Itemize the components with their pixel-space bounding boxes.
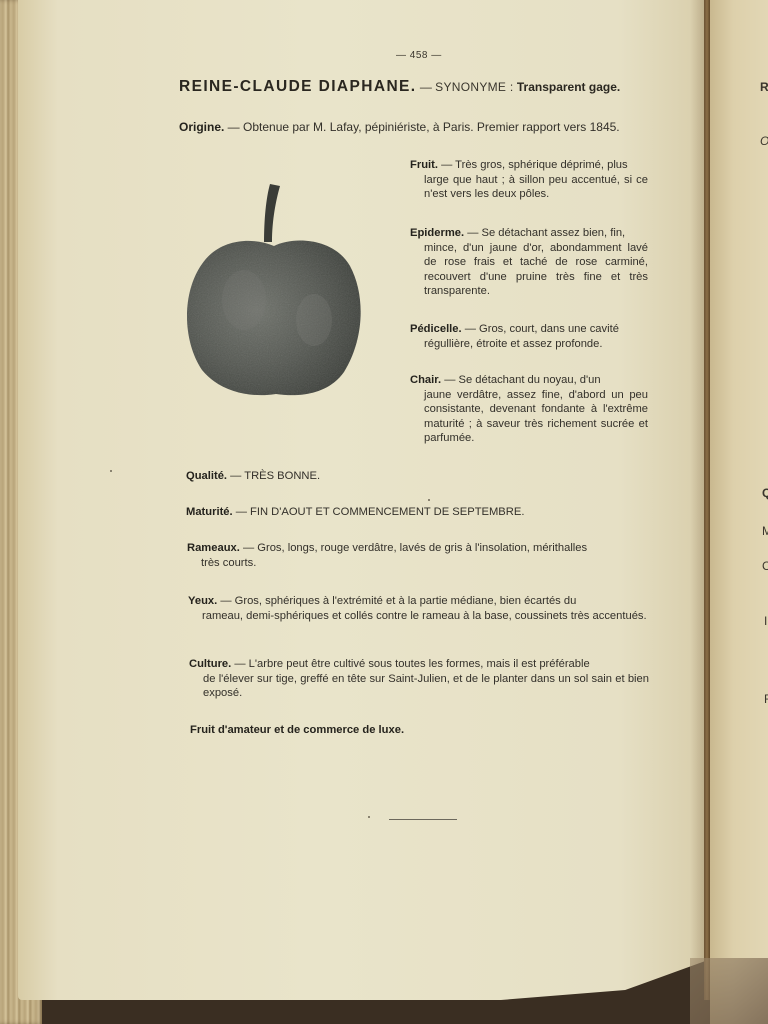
variety-name: REINE-CLAUDE DIAPHANE.	[179, 78, 416, 95]
right-page-fragment: I	[764, 614, 767, 628]
yeux-paragraph: Yeux. — Gros, sphériques à l'extrémité e…	[188, 594, 648, 623]
heading-dash: —	[416, 80, 435, 94]
yeux-text-line1: — Gros, sphériques à l'extrémité et à la…	[217, 595, 576, 607]
right-page-fragment: O	[760, 134, 768, 148]
origine-paragraph: Origine. — Obtenue par M. Lafay, pépinié…	[179, 120, 620, 135]
right-page-fragment: M	[762, 524, 768, 538]
pedicelle-paragraph: Pédicelle. — Gros, court, dans une cavit…	[410, 322, 648, 351]
right-page-fragment: C	[762, 559, 768, 573]
origine-text: — Obtenue par M. Lafay, pépiniériste, à …	[224, 120, 619, 134]
pedicelle-text-rest: régullière, étroite et assez profonde.	[410, 337, 648, 352]
book-page-right: R O Q M C I F	[710, 0, 768, 1024]
fruit-label: Fruit.	[410, 159, 438, 171]
paper-speck	[368, 816, 370, 818]
rameaux-label: Rameaux.	[187, 542, 240, 554]
chair-label: Chair.	[410, 374, 441, 386]
epiderme-text-line1: — Se détachant assez bien, fin,	[464, 227, 625, 239]
chair-text-line1: — Se détachant du noyau, d'un	[441, 374, 601, 386]
qualite-paragraph: Qualité. — TRÈS BONNE.	[186, 469, 646, 484]
paper-speck	[428, 499, 430, 501]
fruit-paragraph: Fruit. — Très gros, sphérique déprimé, p…	[410, 158, 648, 202]
page-number: — 458 —	[396, 50, 442, 61]
maturite-paragraph: Maturité. — FIN D'AOUT ET COMMENCEMENT D…	[186, 505, 646, 520]
plum-illustration	[184, 180, 364, 400]
paper-speck	[110, 470, 112, 472]
plum-drawing-icon	[184, 180, 364, 400]
yeux-label: Yeux.	[188, 595, 217, 607]
culture-label: Culture.	[189, 658, 231, 670]
fruit-text-rest: large que haut ; à sillon peu accentué, …	[410, 173, 648, 202]
maturite-label: Maturité.	[186, 506, 233, 518]
end-separator-rule	[389, 819, 457, 820]
chair-paragraph: Chair. — Se détachant du noyau, d'un jau…	[410, 373, 648, 446]
photo-corner-artifact	[690, 958, 768, 1024]
entry-heading: REINE-CLAUDE DIAPHANE. — SYNONYME : Tran…	[179, 78, 620, 96]
epiderme-paragraph: Epiderme. — Se détachant assez bien, fin…	[410, 226, 648, 299]
culture-text-line1: — L'arbre peut être cultivé sous toutes …	[231, 658, 589, 670]
right-page-fragment: Q	[762, 486, 768, 500]
chair-text-rest: jaune verdâtre, assez fine, d'abord un p…	[410, 388, 648, 446]
pedicelle-text-line1: — Gros, court, dans une cavité	[462, 323, 619, 335]
fruit-text-line1: — Très gros, sphérique déprimé, plus	[438, 159, 628, 171]
yeux-text-rest: rameau, demi-sphériques et collés contre…	[188, 609, 648, 624]
epiderme-text-rest: mince, d'un jaune d'or, abondamment lavé…	[410, 241, 648, 299]
rameaux-paragraph: Rameaux. — Gros, longs, rouge verdâtre, …	[187, 541, 647, 570]
synonym-label: SYNONYME :	[435, 80, 513, 94]
synonym-value: Transparent gage.	[514, 80, 621, 94]
closing-paragraph: Fruit d'amateur et de commerce de luxe.	[190, 723, 650, 738]
closing-text: Fruit d'amateur et de commerce de luxe.	[190, 724, 404, 736]
epiderme-label: Epiderme.	[410, 227, 464, 239]
right-page-fragment: R	[760, 80, 768, 94]
maturite-text: — FIN D'AOUT ET COMMENCEMENT DE SEPTEMBR…	[233, 506, 525, 518]
right-page-fragment: F	[764, 692, 768, 706]
rameaux-text-rest: très courts.	[187, 556, 647, 571]
qualite-text: — TRÈS BONNE.	[227, 470, 320, 482]
culture-paragraph: Culture. — L'arbre peut être cultivé sou…	[189, 657, 649, 701]
book-page-left	[18, 0, 708, 1000]
culture-text-rest: de l'élever sur tige, greffé en tête sur…	[189, 672, 649, 701]
pedicelle-label: Pédicelle.	[410, 323, 462, 335]
origine-label: Origine.	[179, 120, 224, 134]
qualite-label: Qualité.	[186, 470, 227, 482]
rameaux-text-line1: — Gros, longs, rouge verdâtre, lavés de …	[240, 542, 587, 554]
